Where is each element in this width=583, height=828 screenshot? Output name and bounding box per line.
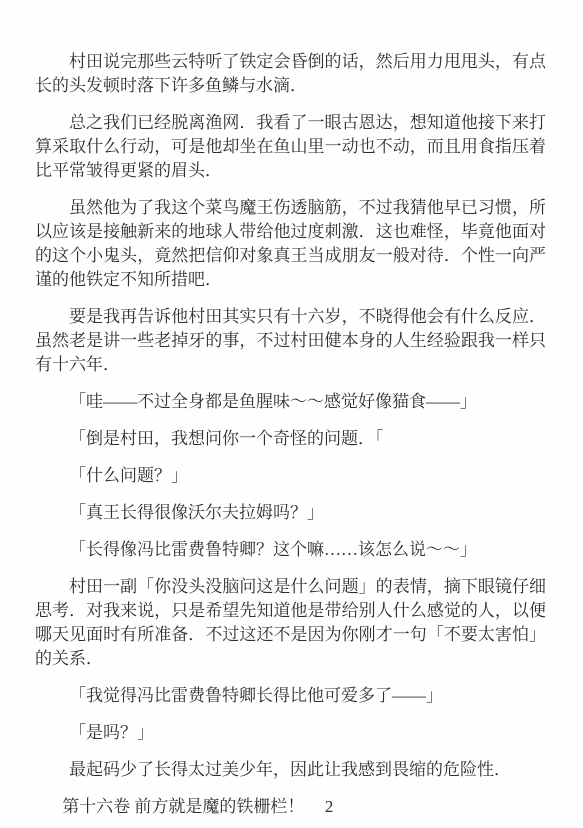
volume-title: 第十六卷 前方就是魔的铁栅栏！ — [62, 797, 304, 816]
paragraph-narration: 总之我们已经脱离渔网．我看了一眼古恩达，想知道他接下来打算采取什么行动，可是他却… — [35, 111, 546, 183]
paragraph-narration: 要是我再告诉他村田其实只有十六岁，不晓得他会有什么反应．虽然老是讲一些老掉牙的事… — [35, 305, 546, 377]
paragraph-dialogue: 「长得像冯比雷费鲁特卿？这个嘛……该怎么说～～」 — [35, 538, 546, 562]
paragraph-narration: 村田一副「你没头没脑问这是什么问题」的表情，摘下眼镜仔细思考．对我来说，只是希望… — [35, 575, 546, 671]
paragraph-dialogue: 「哇——不过全身都是鱼腥味～～感觉好像猫食——」 — [35, 390, 546, 414]
page-footer: 第十六卷 前方就是魔的铁栅栏！2 — [35, 795, 546, 819]
paragraph-narration: 虽然他为了我这个菜鸟魔王伤透脑筋，不过我猜他早已习惯，所以应该是接触新来的地球人… — [35, 196, 546, 292]
paragraph-narration: 村田说完那些云特听了铁定会昏倒的话，然后用力甩甩头，有点长的头发顿时落下许多鱼鳞… — [35, 50, 546, 98]
paragraph-dialogue: 「我觉得冯比雷费鲁特卿长得比他可爱多了——」 — [35, 684, 546, 708]
paragraph-narration: 最起码少了长得太过美少年，因此让我感到畏缩的危险性． — [35, 758, 546, 782]
paragraph-dialogue: 「倒是村田，我想问你一个奇怪的问题．「 — [35, 427, 546, 451]
paragraph-dialogue: 「什么问题？」 — [35, 464, 546, 488]
paragraph-dialogue: 「是吗？」 — [35, 721, 546, 745]
document-page: 村田说完那些云特听了铁定会昏倒的话，然后用力甩甩头，有点长的头发顿时落下许多鱼鳞… — [0, 0, 583, 828]
page-number: 2 — [325, 797, 334, 816]
paragraph-dialogue: 「真王长得很像沃尔夫拉姆吗？」 — [35, 501, 546, 525]
